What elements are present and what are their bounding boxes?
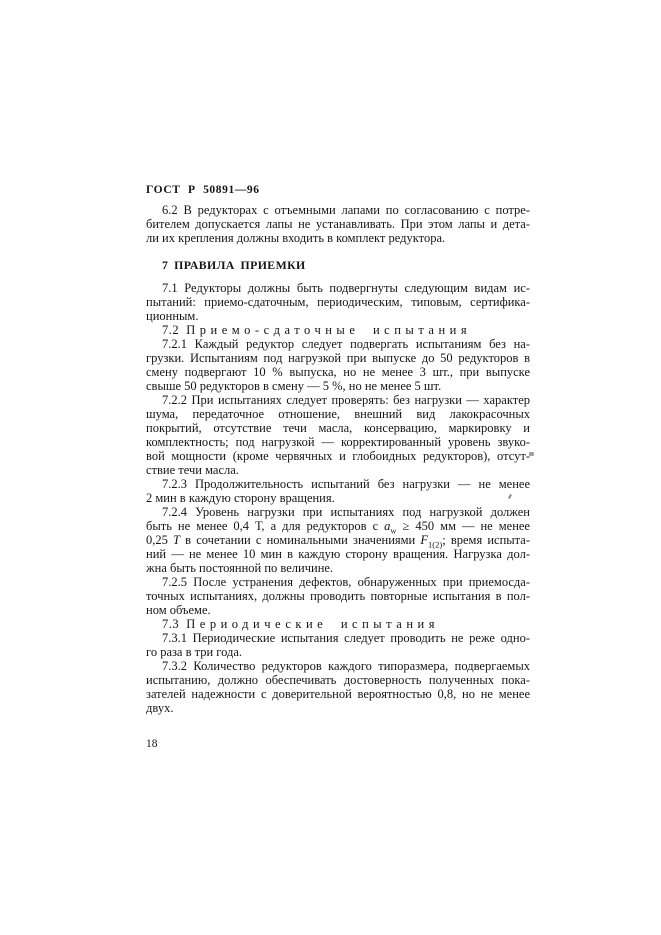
text-line: покрытий, отсутствие течи масла, консерв… xyxy=(146,421,530,435)
text-line: ном объеме. xyxy=(146,603,530,617)
paragraph: 7.2.2 При испытаниях следует проверять: … xyxy=(146,393,530,477)
text-line: 7.2.3 Продолжительность испытаний без на… xyxy=(146,477,530,491)
text-line: ли их крепления должны входить в комплек… xyxy=(146,231,530,245)
paragraph: 7.2.3 Продолжительность испытаний без на… xyxy=(146,477,530,505)
text-line: 7.3.1 Периодические испытания следует пр… xyxy=(146,631,530,645)
text-line: шума, передаточное отношение, внешний ви… xyxy=(146,407,530,421)
section-heading: 7.2 Приемо-сдаточные испытания xyxy=(146,323,530,337)
text-line: вой мощности (кроме червячных и глобоидн… xyxy=(146,449,530,463)
document-body: 6.2 В редукторах с отъемными лапами по с… xyxy=(146,203,530,715)
heading-text: Приемо-сдаточные испытания xyxy=(186,323,471,337)
paragraph: 6.2 В редукторах с отъемными лапами по с… xyxy=(146,203,530,245)
text-line: ствие течи масла. xyxy=(146,463,530,477)
text-line: пытаний: приемо-сдаточным, периодическим… xyxy=(146,295,530,309)
text-line: ционным. xyxy=(146,309,530,323)
running-header-gost-number: ГОСТ Р 50891—96 xyxy=(146,183,530,197)
text-line: испытанию, должно обеспечивать достоверн… xyxy=(146,673,530,687)
text-line: точных испытаниях, должны проводить повт… xyxy=(146,589,530,603)
text-column: ГОСТ Р 50891—96 6.2 В редукторах с отъем… xyxy=(146,183,530,751)
text-line: 7.2.2 При испытаниях следует проверять: … xyxy=(146,393,530,407)
text-line: 7.2.4 Уровень нагрузки при испытаниях по… xyxy=(146,505,530,519)
text-line: жна быть постоянной по величине. xyxy=(146,561,530,575)
paragraph: 7.2.5 После устранения дефектов, обнаруж… xyxy=(146,575,530,617)
paragraph: 7.2.4 Уровень нагрузки при испытаниях по… xyxy=(146,505,530,575)
text-line: 0,25 Т в сочетании с номинальными значен… xyxy=(146,533,530,547)
paragraph: 7.3.2 Количество редукторов каждого типо… xyxy=(146,659,530,715)
page-number: 18 xyxy=(146,737,530,751)
text-line: зателей надежности с доверительной вероя… xyxy=(146,687,530,701)
paragraph: 7.3.1 Периодические испытания следует пр… xyxy=(146,631,530,659)
text-line: быть не менее 0,4 Т, а для редукторов с … xyxy=(146,519,530,533)
section-heading: 7 ПРАВИЛА ПРИЕМКИ xyxy=(146,258,530,272)
heading-number: 7.2 xyxy=(162,323,179,337)
text-line: ний — не менее 10 мин в каждую сторону в… xyxy=(146,547,530,561)
paragraph: 7.1 Редукторы должны быть подвергнуты сл… xyxy=(146,281,530,323)
text-line: 7.2.5 После устранения дефектов, обнаруж… xyxy=(146,575,530,589)
heading-text: Периодические испытания xyxy=(186,617,439,631)
text-line: го раза в три года. xyxy=(146,645,530,659)
text-line: смену подвергают 10 % выпуска, но не мен… xyxy=(146,365,530,379)
text-line: грузки. Испытаниям под нагрузкой при вып… xyxy=(146,351,530,365)
text-line: 7.1 Редукторы должны быть подвергнуты сл… xyxy=(146,281,530,295)
text-line: 7.2.1 Каждый редуктор следует подвергать… xyxy=(146,337,530,351)
text-line: 7.3.2 Количество редукторов каждого типо… xyxy=(146,659,530,673)
heading-number: 7.3 xyxy=(162,617,179,631)
text-line: двух. xyxy=(146,701,530,715)
text-line: 2 мин в каждую сторону вращения. xyxy=(146,491,530,505)
paragraph: 7.2.1 Каждый редуктор следует подвергать… xyxy=(146,337,530,393)
text-line: бителем допускается лапы не устанавливат… xyxy=(146,217,530,231)
text-line: 6.2 В редукторах с отъемными лапами по с… xyxy=(146,203,530,217)
section-heading: 7.3 Периодические испытания xyxy=(146,617,530,631)
text-line: свыше 50 редукторов в смену — 5 %, но не… xyxy=(146,379,530,393)
text-line: комплектность; под нагрузкой — корректир… xyxy=(146,435,530,449)
scan-artifact-speck xyxy=(529,452,534,456)
scanned-document-page: ГОСТ Р 50891—96 6.2 В редукторах с отъем… xyxy=(0,0,661,935)
